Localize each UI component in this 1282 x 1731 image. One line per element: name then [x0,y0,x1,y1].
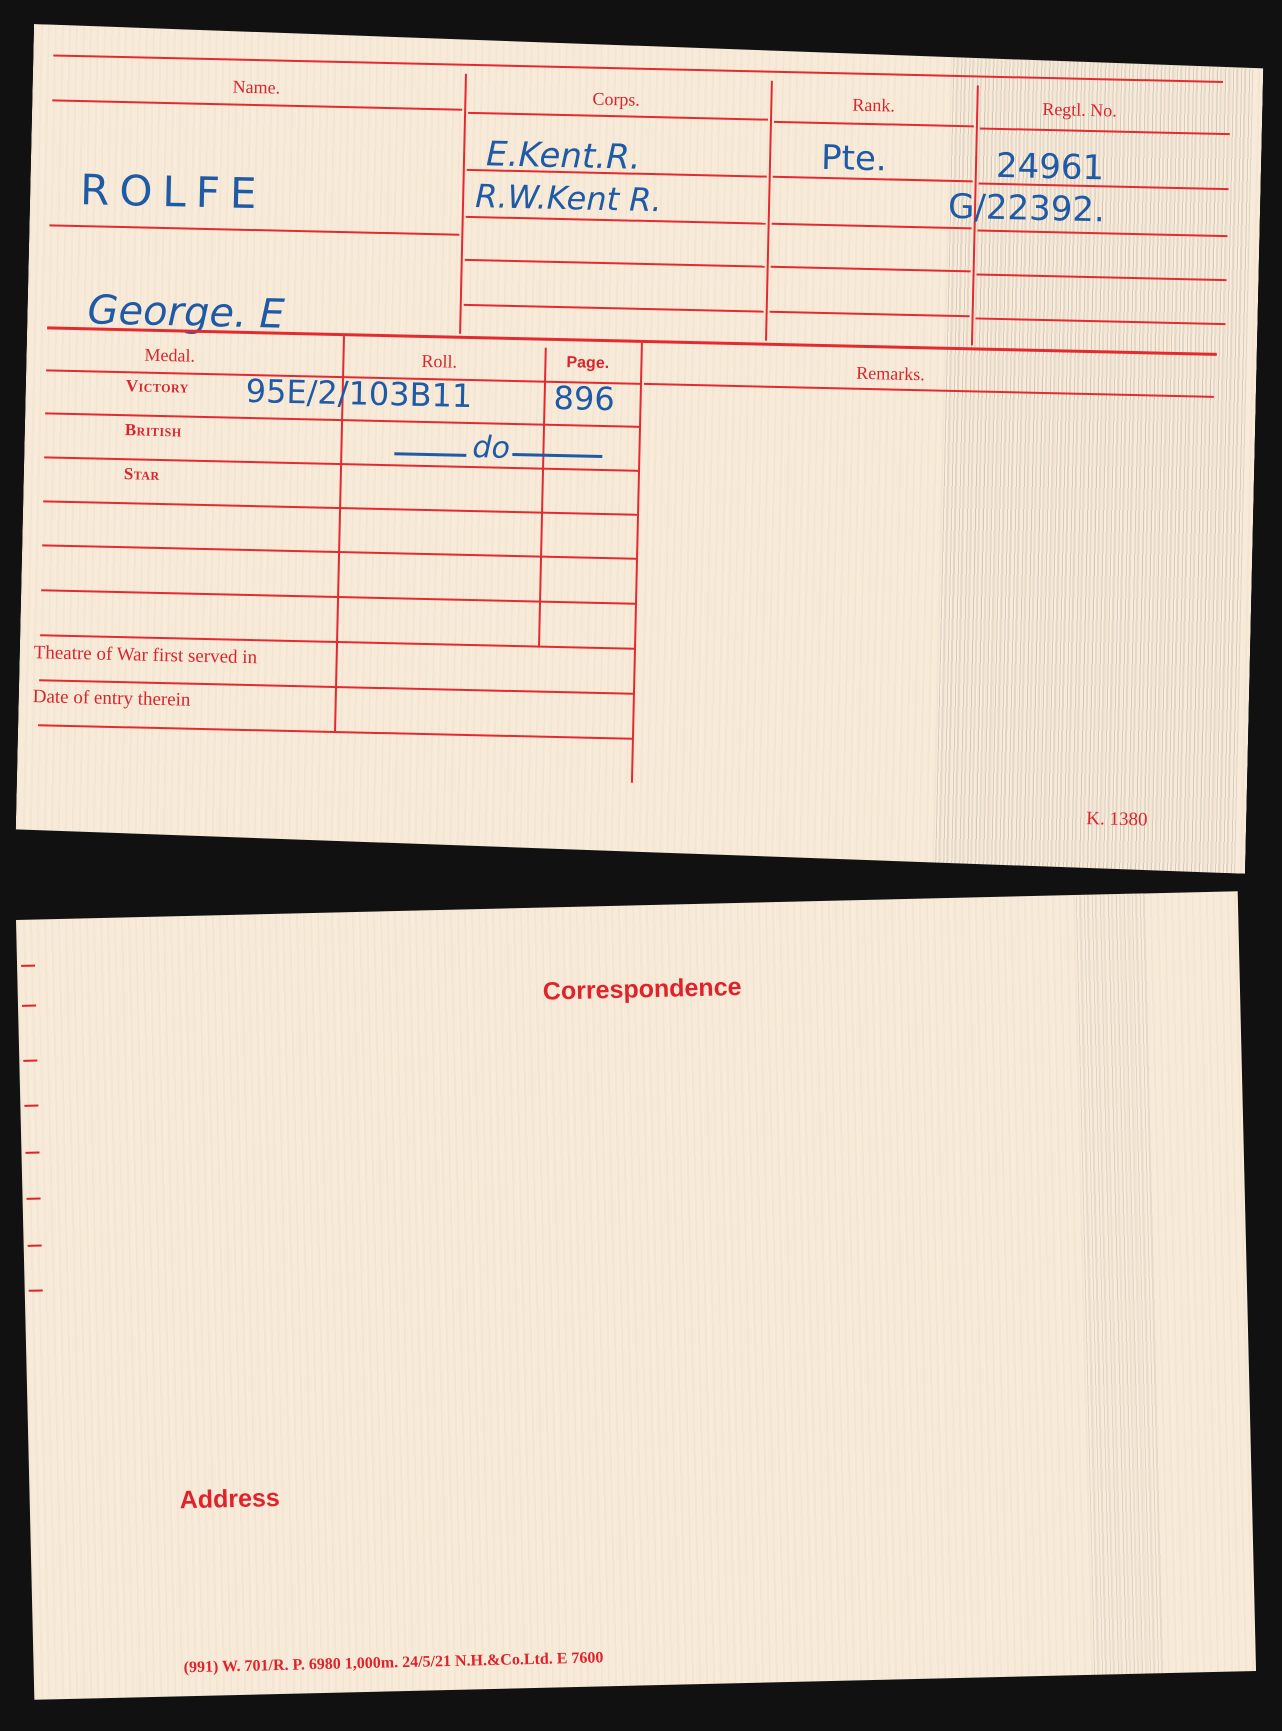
margin-tick [27,1197,41,1199]
remarks-header: Remarks. [856,363,925,386]
margin-tick [29,1289,43,1291]
roll-header: Roll. [421,351,457,373]
theatre-of-war-label: Theatre of War first served in [33,642,257,669]
rule [459,74,467,334]
rule [468,112,768,121]
correspondence-heading: Correspondence [543,973,742,1007]
margin-tick [28,1244,42,1246]
rule [771,266,971,273]
medal-label-star: Star [124,464,160,485]
rank-header: Rank. [852,95,895,117]
margin-tick [25,1152,39,1154]
rule [774,121,974,128]
corps-header: Corps. [592,89,640,111]
margin-tick [23,1060,37,1062]
rule [464,304,764,313]
ditto-dash [512,453,602,458]
margin-tick [21,965,35,967]
rule [465,259,765,268]
printer-line: (991) W. 701/R. P. 6980 1,000m. 24/5/21 … [183,1649,603,1677]
medal-label-british: British [125,420,182,441]
margin-tick [22,1005,36,1007]
regtl-no-entry-2: G/22392. [948,187,1106,231]
ditto-dash [394,452,466,457]
medal-index-card-back: Correspondence Address (991) W. 701/R. P… [16,891,1256,1700]
date-of-entry-label: Date of entry therein [32,686,190,712]
corps-entry-2: R.W.Kent R. [475,177,662,219]
name-header: Name. [232,77,280,99]
rank-entry: Pte. [821,138,887,179]
form-code: K. 1380 [1086,808,1148,831]
page-entry-victory: 896 [553,379,615,418]
address-heading: Address [179,1484,280,1515]
roll-entry-british: do [472,430,510,466]
scan-artifact-band [1076,893,1164,1674]
rule [772,223,972,230]
regtl-no-entry-1: 24961 [996,146,1105,188]
regtl-no-header: Regtl. No. [1042,99,1117,122]
rule [49,224,459,235]
margin-tick [24,1105,38,1107]
roll-entry-victory: 95E/2/103B11 [245,372,472,415]
rule [52,99,462,110]
rule [631,343,643,783]
medal-index-card-front: Name. ROLFE George. E Corps. E.Kent.R. R… [15,24,1263,874]
surname-entry: ROLFE [80,165,267,218]
medal-header: Medal. [144,345,195,367]
medal-label-victory: Victory [126,376,190,397]
page-header: Page. [566,354,609,373]
rule [770,311,970,318]
